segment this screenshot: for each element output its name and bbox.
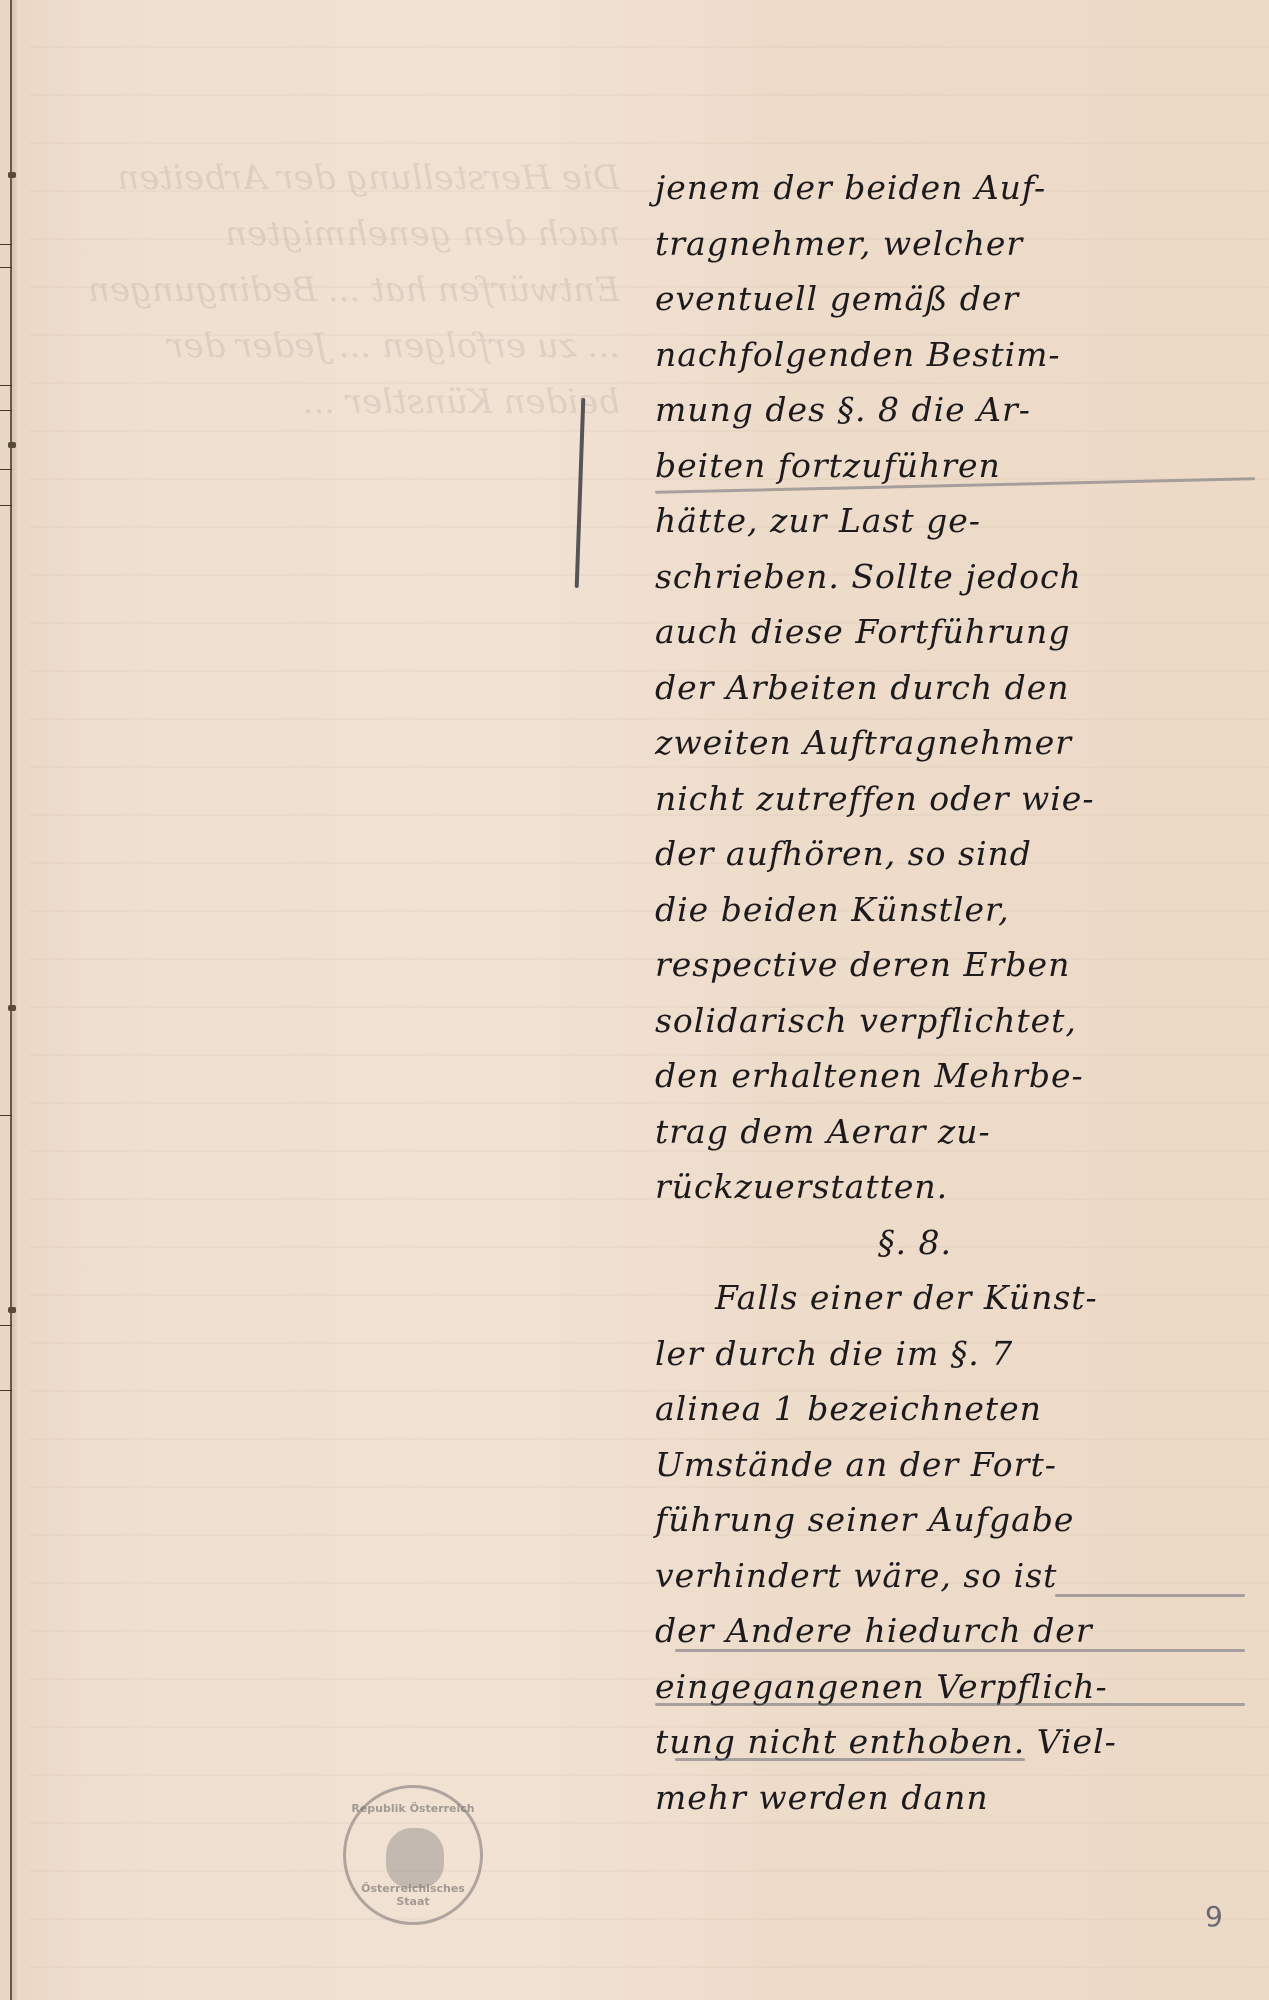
text-line: die beiden Künstler,	[655, 882, 1255, 938]
text-line: ler durch die im §. 7	[655, 1326, 1255, 1382]
binding-spine	[10, 0, 20, 2000]
text-line: führung seiner Aufgabe	[655, 1492, 1255, 1548]
text-line: hätte, zur Last ge-	[655, 493, 1255, 549]
text-line: tragnehmer, welcher	[655, 216, 1255, 272]
pencil-underline	[675, 1758, 1025, 1761]
pencil-underline	[1055, 1594, 1245, 1597]
text-line: schrieben. Sollte jedoch	[655, 549, 1255, 605]
text-line-content: eingegangenen Verpflich-	[655, 1667, 1108, 1706]
binding-stitch-icon	[8, 1005, 16, 1011]
bleed-through-text: Die Herstellung der Arbeiten nach den ge…	[80, 150, 620, 1670]
text-line: beiten fortzuführen	[655, 438, 1255, 494]
text-line: eingegangenen Verpflich-	[655, 1659, 1255, 1715]
text-line-content: verhindert wäre, so ist	[655, 1556, 1057, 1595]
stamp-top-text: Republik Österreich	[346, 1802, 480, 1815]
text-line: eventuell gemäß der	[655, 271, 1255, 327]
text-line: zweiten Auftragnehmer	[655, 715, 1255, 771]
pencil-underline	[675, 1649, 1245, 1652]
eagle-icon	[386, 1828, 444, 1888]
text-line: alinea 1 bezeichneten	[655, 1381, 1255, 1437]
text-line: auch diese Fortführung	[655, 604, 1255, 660]
pencil-underline	[655, 1703, 1245, 1706]
text-line: respective deren Erben	[655, 937, 1255, 993]
text-line: den erhaltenen Mehrbe-	[655, 1048, 1255, 1104]
section-heading: §. 8.	[655, 1215, 1255, 1271]
text-line-content: beiten fortzuführen	[655, 446, 1001, 485]
page-number: 9	[1205, 1900, 1223, 1933]
text-line: der aufhören, so sind	[655, 826, 1255, 882]
text-line: solidarisch verpflichtet,	[655, 993, 1255, 1049]
text-line-content: tung nicht enthoben. Viel-	[655, 1722, 1117, 1761]
text-line: mehr werden dann	[655, 1770, 1255, 1826]
text-line: der Andere hiedurch der	[655, 1603, 1255, 1659]
text-line: jenem der beiden Auf-	[655, 160, 1255, 216]
text-line: Falls einer der Künst-	[655, 1270, 1255, 1326]
text-line-content: der Andere hiedurch der	[655, 1611, 1093, 1650]
text-line: nachfolgenden Bestim-	[655, 327, 1255, 383]
text-line: tung nicht enthoben. Viel-	[655, 1714, 1255, 1770]
text-line: Umstände an der Fort-	[655, 1437, 1255, 1493]
text-line: trag dem Aerar zu-	[655, 1104, 1255, 1160]
stamp-bottom-text: Österreichisches Staat	[346, 1882, 480, 1908]
binding-stitch-icon	[8, 442, 16, 448]
text-line: mung des §. 8 die Ar-	[655, 382, 1255, 438]
text-line: nicht zutreffen oder wie-	[655, 771, 1255, 827]
document-page: Die Herstellung der Arbeiten nach den ge…	[0, 0, 1269, 2000]
official-stamp: Republik Österreich Österreichisches Sta…	[343, 1785, 483, 1925]
text-line: verhindert wäre, so ist	[655, 1548, 1255, 1604]
text-line: der Arbeiten durch den	[655, 660, 1255, 716]
handwritten-text-column: jenem der beiden Auf- tragnehmer, welche…	[655, 160, 1255, 1825]
binding-stitch-icon	[8, 172, 16, 178]
binding-stitch-icon	[8, 1307, 16, 1313]
text-line: rückzuerstatten.	[655, 1159, 1255, 1215]
